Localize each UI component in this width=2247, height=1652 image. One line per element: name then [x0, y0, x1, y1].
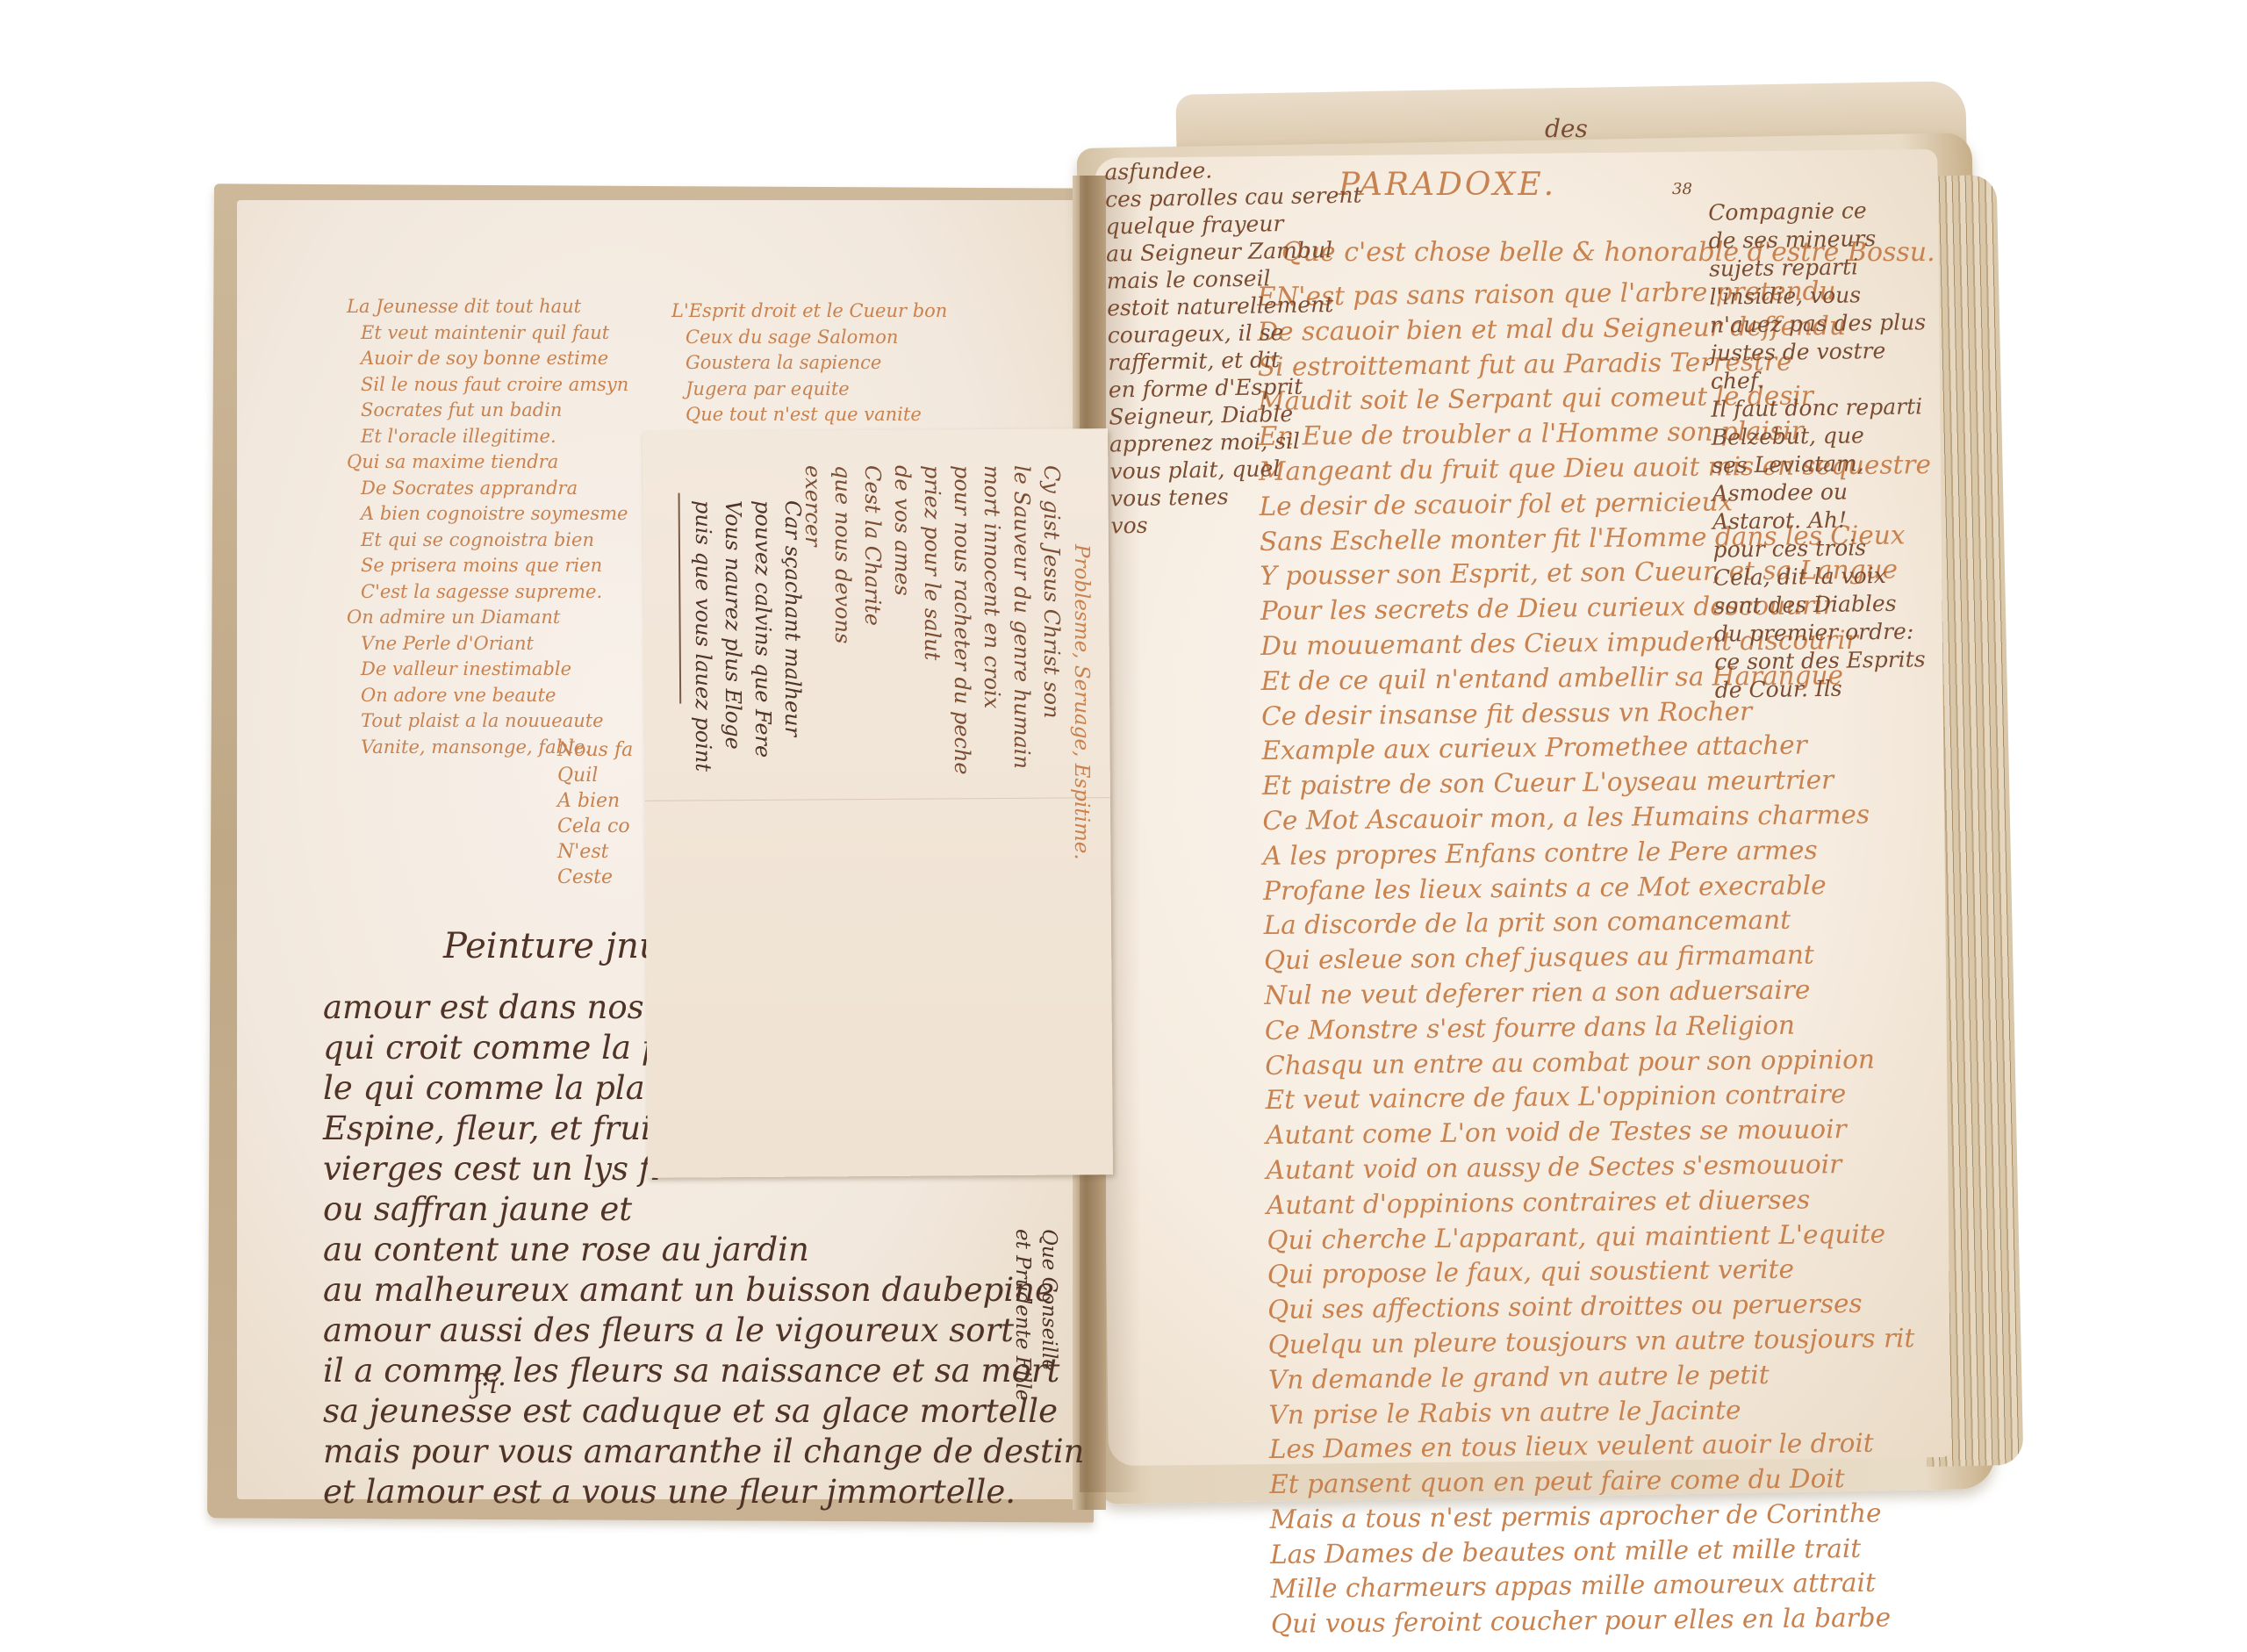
verse-line: Sil le nous faut croire amsyn	[347, 372, 628, 399]
verse-line: Auoir de soy bonne estime	[347, 346, 628, 372]
verse-line: Cela co	[557, 814, 633, 839]
verse-line: De valleur inestimable	[347, 657, 628, 683]
margin-line: de Cour. Ils	[1715, 673, 1932, 704]
vertical-margin-note: Que Conseille et Prudente Fille	[1009, 1229, 1062, 1401]
margin-line: Belzebut, que	[1712, 420, 1928, 451]
note-card-text: Cy gist Jesus Christ son le Sauveur du g…	[798, 465, 1066, 775]
prose-line: il a comme les fleurs sa naissance et sa…	[323, 1351, 1085, 1391]
margin-line: sujets reparti	[1709, 252, 1926, 283]
verse-line: Qui sa maxime tiendra	[347, 449, 628, 476]
card-vertical-margin-note: Problesme, Seruage, Espitime.	[1070, 544, 1093, 860]
verse-line: Nous fa	[557, 737, 633, 763]
verse-column-1: La Jeunesse dit tout haut Et veut mainte…	[347, 294, 628, 760]
signature-flourish: ʃ·i·	[474, 1369, 506, 1400]
card-line: puis que vous lauez point	[688, 500, 718, 772]
margin-line: Asmodee ou	[1712, 477, 1928, 507]
prose-line: mais pour vous amaranthe il change de de…	[323, 1432, 1085, 1472]
folio-number: 38	[1672, 180, 1692, 198]
card-line: Car sçachant malheur	[778, 500, 808, 772]
margin-line: sont des Diables	[1713, 589, 1930, 620]
card-line: mort innocent en croix	[977, 465, 1007, 775]
margin-line: raffermit, et dit	[1108, 344, 1365, 376]
verse-line: Et l'oracle illegitime.	[347, 424, 628, 450]
margin-line: et Prudente Fille	[1009, 1229, 1036, 1401]
poem-line: Qui vous feroint coucher pour elles en l…	[1271, 1600, 1943, 1642]
margin-line: apprenez moi, sil	[1109, 426, 1367, 457]
verse-line: Se prisera moins que rien	[347, 553, 628, 579]
margin-line: quelque frayeur	[1105, 208, 1362, 240]
margin-line: asfundee.	[1104, 154, 1361, 185]
verse-line: C'est la sagesse supreme.	[347, 579, 628, 606]
verse-line: Socrates fut un badin	[347, 398, 628, 424]
margin-line: courageux, il se	[1107, 317, 1364, 348]
margin-line: justes de vostre	[1710, 336, 1927, 367]
verse-line: N'est	[557, 839, 633, 865]
verse-line: Goustera la sapience	[671, 350, 947, 377]
card-line: priez pour le salut	[917, 465, 947, 775]
prose-line: ou saffran jaune et	[323, 1189, 1085, 1230]
orange-verse-fragment: Nous fa Quil A bien Cela co N'est Ceste	[557, 737, 633, 890]
prose-line: amour aussi des fleurs a le vigoureux so…	[323, 1311, 1085, 1351]
prose-line: sa jeunesse est caduque et sa glace mort…	[323, 1391, 1085, 1432]
verse-line: Vne Perle d'Oriant	[347, 631, 628, 657]
margin-line: ses Leviatam,	[1712, 449, 1928, 479]
card-line: de vos ames	[887, 465, 917, 775]
verse-line: Ceste	[557, 865, 633, 890]
margin-line: Que Conseille	[1036, 1229, 1062, 1401]
verse-line: Ceux du sage Salomon	[671, 325, 947, 351]
margin-line: Astarot. Ah!	[1712, 505, 1929, 535]
verse-line: Et qui se cognoistra bien	[347, 528, 628, 554]
verse-line: On admire un Diamant	[347, 605, 628, 631]
manuscript-photo: des La Jeunesse dit tout haut Et veut ma…	[0, 0, 2247, 1652]
right-page-right-margin-column: Compagnie ce de ses mineurs sujets repar…	[1708, 196, 1931, 704]
card-fold-line	[645, 797, 1110, 801]
margin-line: l'insidie, vous	[1709, 280, 1926, 311]
margin-line: mais le conseil	[1106, 262, 1363, 294]
poem-line: Qui cherche L'apparant, qui maintient L'…	[1267, 1216, 1939, 1258]
card-line: pour nous racheter du peche	[947, 465, 977, 775]
card-line: que nous devons	[828, 465, 858, 775]
verse-line: L'Esprit droit et le Cueur bon	[671, 298, 947, 325]
poem-line: Ce Mot Ascauoir mon, a les Humains charm…	[1262, 797, 1935, 839]
margin-line: vos	[1110, 507, 1368, 539]
margin-line: de ses mineurs	[1708, 224, 1925, 255]
note-card-closing: Car sçachant malheur pouvez calvins que …	[688, 500, 808, 772]
margin-line: vous plait, quel	[1109, 453, 1367, 485]
margin-line: en forme d'Esprit	[1109, 371, 1366, 403]
verse-line: A bien cognoistre soymesme	[347, 501, 628, 528]
card-line: Cy gist Jesus Christ son	[1037, 465, 1066, 775]
verse-line: A bien	[557, 788, 633, 814]
verse-line: Jugera par equite	[671, 377, 947, 403]
paradoxe-title: PARADOXE.	[1339, 167, 1556, 203]
verse-line: On adore vne beaute	[347, 683, 628, 709]
verse-line: Et veut maintenir quil faut	[347, 320, 628, 347]
card-line: Cest la Charite	[858, 465, 887, 775]
verse-line: Tout plaist a la nouueaute	[347, 708, 628, 735]
right-page-left-margin-column: asfundee. ces parolles cau serent quelqu…	[1104, 154, 1368, 539]
prose-line: au content une rose au jardin	[323, 1230, 1085, 1270]
verse-line: Que tout n'est que vanite	[671, 402, 947, 428]
margin-line: vous tenes	[1110, 480, 1368, 512]
prose-line: et lamour est a vous une fleur jmmortell…	[323, 1472, 1085, 1512]
card-line: le Sauveur du genre humain	[1007, 465, 1037, 775]
poem-line: Quelqu un pleure tousjours vn autre tous…	[1267, 1321, 1940, 1363]
peinture-heading: Peinture jnu	[443, 926, 662, 966]
margin-line: Il faut donc reparti	[1711, 392, 1928, 423]
card-ruled-line	[678, 493, 682, 704]
margin-line: n'auez pas des plus	[1710, 308, 1927, 339]
prose-line: au malheureux amant un buisson daubepine	[323, 1270, 1085, 1311]
verse-line: Quil	[557, 763, 633, 788]
margin-line: estoit naturellement	[1107, 290, 1364, 321]
verse-line: De Socrates apprandra	[347, 476, 628, 502]
margin-line: ce sont des Esprits	[1714, 645, 1931, 676]
card-line: pouvez calvins que Fere	[748, 500, 778, 772]
card-line: Vous naurez plus Eloge	[718, 500, 748, 772]
margin-line: au Seigneur Zambul	[1106, 235, 1363, 267]
margin-line: Cela, dit la voix	[1713, 561, 1930, 592]
margin-line: ces parolles cau serent	[1105, 181, 1362, 212]
poem-line: Autant void on aussy de Sectes s'esmouuo…	[1266, 1146, 1938, 1189]
margin-line: Seigneur, Diable	[1109, 399, 1366, 430]
margin-line: du premier ordre:	[1714, 617, 1931, 648]
verse-line: La Jeunesse dit tout haut	[347, 294, 628, 320]
margin-line: Compagnie ce	[1708, 196, 1925, 226]
margin-line: pour ces trois	[1712, 533, 1929, 564]
margin-line: chef.	[1711, 364, 1928, 395]
verse-column-2: L'Esprit droit et le Cueur bon Ceux du s…	[671, 298, 947, 428]
